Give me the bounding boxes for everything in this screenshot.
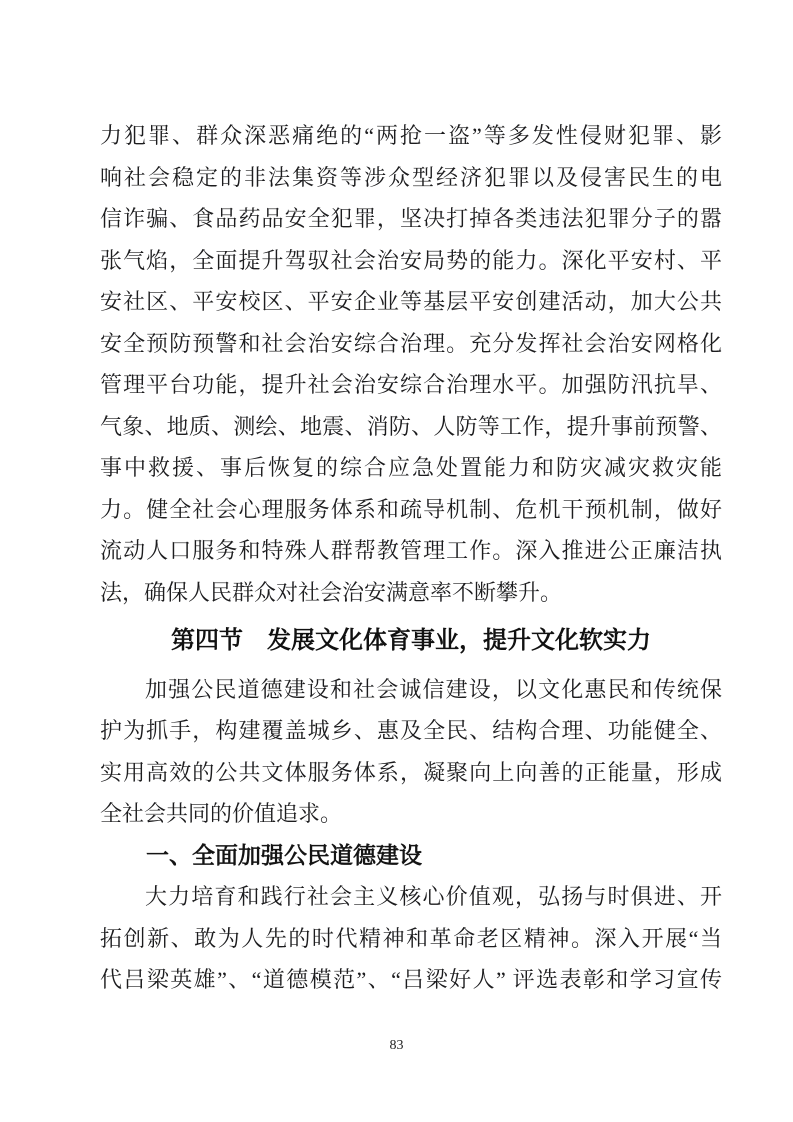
document-body: 力犯罪、群众深恶痛绝的“两抢一盗”等多发性侵财犯罪、影响社会稳定的非法集资等涉众… (100, 115, 722, 1001)
text-line: 响社会稳定的非法集资等涉众型经济犯罪以及侵害民生的电 (100, 157, 722, 199)
text-line: 加强公民道德建设和社会诚信建设，以文化惠民和传统保 (100, 669, 722, 711)
text-line: 法，确保人民群众对社会治安满意率不断攀升。 (100, 572, 722, 614)
sub-heading: 一、全面加强公民道德建设 (100, 835, 722, 877)
text-line: 气象、地质、测绘、地震、消防、人防等工作，提升事前预警、 (100, 406, 722, 448)
document-page: 力犯罪、群众深恶痛绝的“两抢一盗”等多发性侵财犯罪、影响社会稳定的非法集资等涉众… (0, 0, 793, 1122)
paragraph: 加强公民道德建设和社会诚信建设，以文化惠民和传统保护为抓手，构建覆盖城乡、惠及全… (100, 669, 722, 835)
text-line: 信诈骗、食品药品安全犯罪，坚决打掉各类违法犯罪分子的嚣 (100, 198, 722, 240)
section-heading: 第四节 发展文化体育事业，提升文化软实力 (100, 621, 722, 663)
text-line: 代吕梁英雄”、“道德模范”、“吕梁好人” 评选表彰和学习宣传 (100, 959, 722, 1001)
text-line: 护为抓手，构建覆盖城乡、惠及全民、结构合理、功能健全、 (100, 710, 722, 752)
text-line: 力。健全社会心理服务体系和疏导机制、危机干预机制，做好 (100, 489, 722, 531)
text-line: 张气焰，全面提升驾驭社会治安局势的能力。深化平安村、平 (100, 240, 722, 282)
text-line: 拓创新、敢为人先的时代精神和革命老区精神。深入开展“当 (100, 918, 722, 960)
text-line: 事中救援、事后恢复的综合应急处置能力和防灾减灾救灾能 (100, 447, 722, 489)
page-number: 83 (0, 1038, 793, 1054)
text-line: 全社会共同的价值追求。 (100, 793, 722, 835)
paragraph: 大力培育和践行社会主义核心价值观，弘扬与时俱进、开拓创新、敢为人先的时代精神和革… (100, 876, 722, 1001)
text-line: 流动人口服务和特殊人群帮教管理工作。深入推进公正廉洁执 (100, 530, 722, 572)
paragraph: 力犯罪、群众深恶痛绝的“两抢一盗”等多发性侵财犯罪、影响社会稳定的非法集资等涉众… (100, 115, 722, 613)
text-line: 大力培育和践行社会主义核心价值观，弘扬与时俱进、开 (100, 876, 722, 918)
text-line: 实用高效的公共文体服务体系，凝聚向上向善的正能量，形成 (100, 752, 722, 794)
text-line: 管理平台功能，提升社会治安综合治理水平。加强防汛抗旱、 (100, 364, 722, 406)
text-line: 安社区、平安校区、平安企业等基层平安创建活动，加大公共 (100, 281, 722, 323)
text-line: 安全预防预警和社会治安综合治理。充分发挥社会治安网格化 (100, 323, 722, 365)
text-line: 力犯罪、群众深恶痛绝的“两抢一盗”等多发性侵财犯罪、影 (100, 115, 722, 157)
